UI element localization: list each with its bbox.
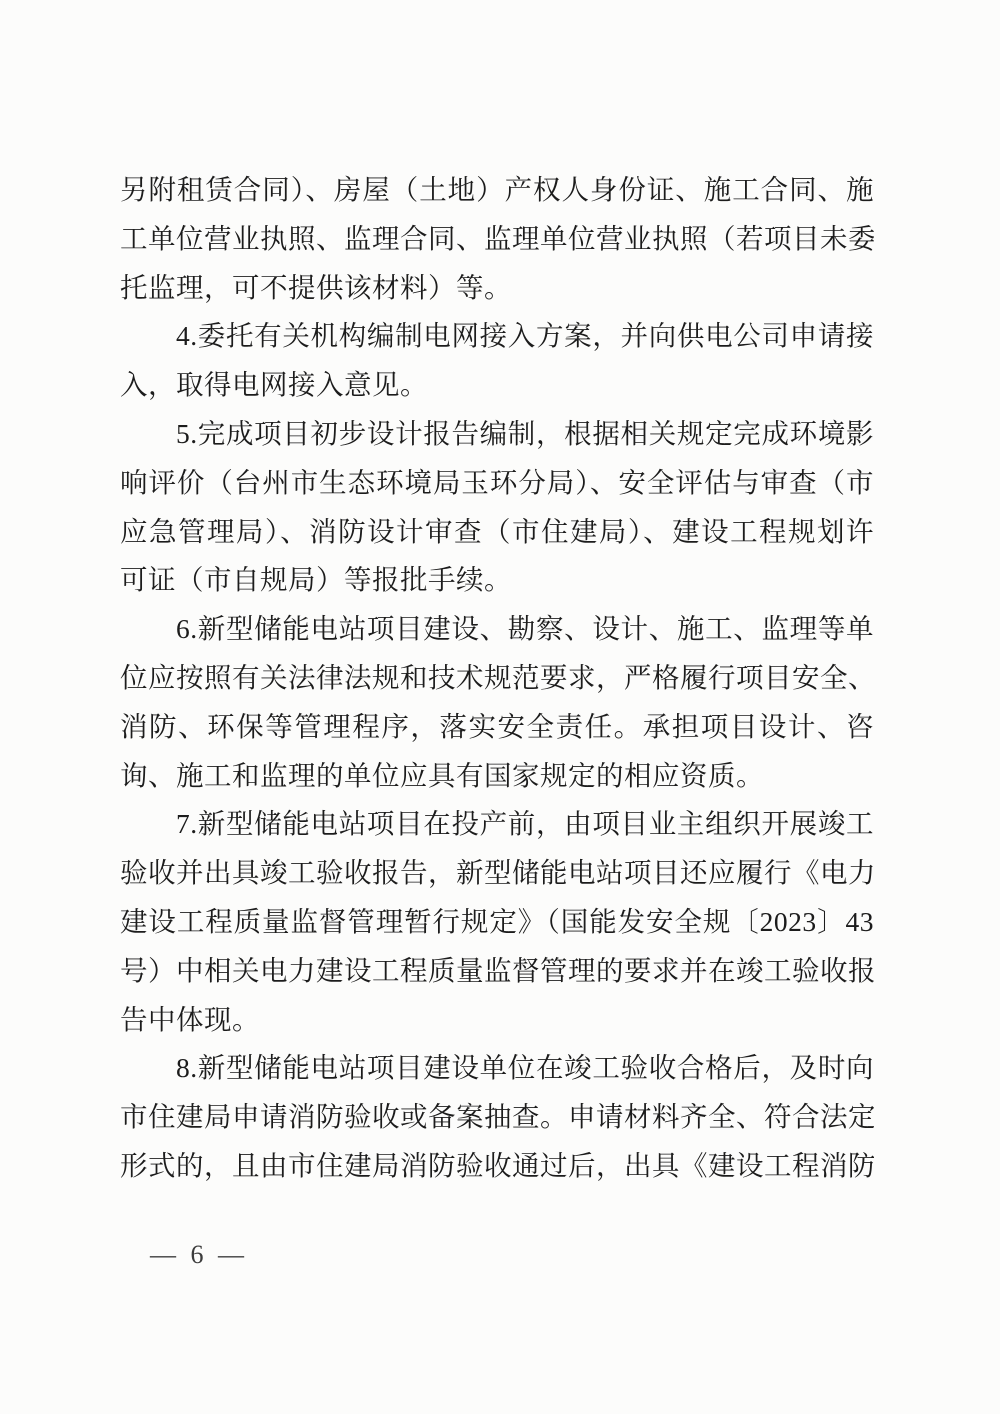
text-line: 询、施工和监理的单位应具有国家规定的相应资质。 xyxy=(120,752,874,801)
text-line: 形式的，且由市住建局消防验收通过后，出具《建设工程消防 xyxy=(120,1142,874,1191)
text-line: 托监理，可不提供该材料）等。 xyxy=(120,264,874,313)
text-line: 8.新型储能电站项目建设单位在竣工验收合格后，及时向 xyxy=(120,1044,874,1093)
document-page: 另附租赁合同）、房屋（土地）产权人身份证、施工合同、施 工单位营业执照、监理合同… xyxy=(0,0,1000,1414)
text-line: 工单位营业执照、监理合同、监理单位营业执照（若项目未委 xyxy=(120,215,874,264)
text-line: 市住建局申请消防验收或备案抽查。申请材料齐全、符合法定 xyxy=(120,1093,874,1142)
text-line: 7.新型储能电站项目在投产前，由项目业主组织开展竣工 xyxy=(120,800,874,849)
text-line: 号）中相关电力建设工程质量监督管理的要求并在竣工验收报 xyxy=(120,947,874,996)
text-line: 建设工程质量监督管理暂行规定》（国能发安全规〔2023〕43 xyxy=(120,898,874,947)
text-line: 4.委托有关机构编制电网接入方案，并向供电公司申请接 xyxy=(120,312,874,361)
text-line: 位应按照有关法律法规和技术规范要求，严格履行项目安全、 xyxy=(120,654,874,703)
text-line: 另附租赁合同）、房屋（土地）产权人身份证、施工合同、施 xyxy=(120,166,874,215)
text-line: 消防、环保等管理程序，落实安全责任。承担项目设计、咨 xyxy=(120,703,874,752)
body-text: 另附租赁合同）、房屋（土地）产权人身份证、施工合同、施 工单位营业执照、监理合同… xyxy=(120,166,874,1191)
text-line: 应急管理局）、消防设计审查（市住建局）、建设工程规划许 xyxy=(120,508,874,557)
text-line: 告中体现。 xyxy=(120,996,874,1045)
text-line: 验收并出具竣工验收报告，新型储能电站项目还应履行《电力 xyxy=(120,849,874,898)
page-number: — 6 — xyxy=(150,1238,248,1272)
text-line: 响评价（台州市生态环境局玉环分局）、安全评估与审查（市 xyxy=(120,459,874,508)
text-line: 5.完成项目初步设计报告编制，根据相关规定完成环境影 xyxy=(120,410,874,459)
text-line: 6.新型储能电站项目建设、勘察、设计、施工、监理等单 xyxy=(120,605,874,654)
text-line: 入，取得电网接入意见。 xyxy=(120,361,874,410)
text-line: 可证（市自规局）等报批手续。 xyxy=(120,556,874,605)
